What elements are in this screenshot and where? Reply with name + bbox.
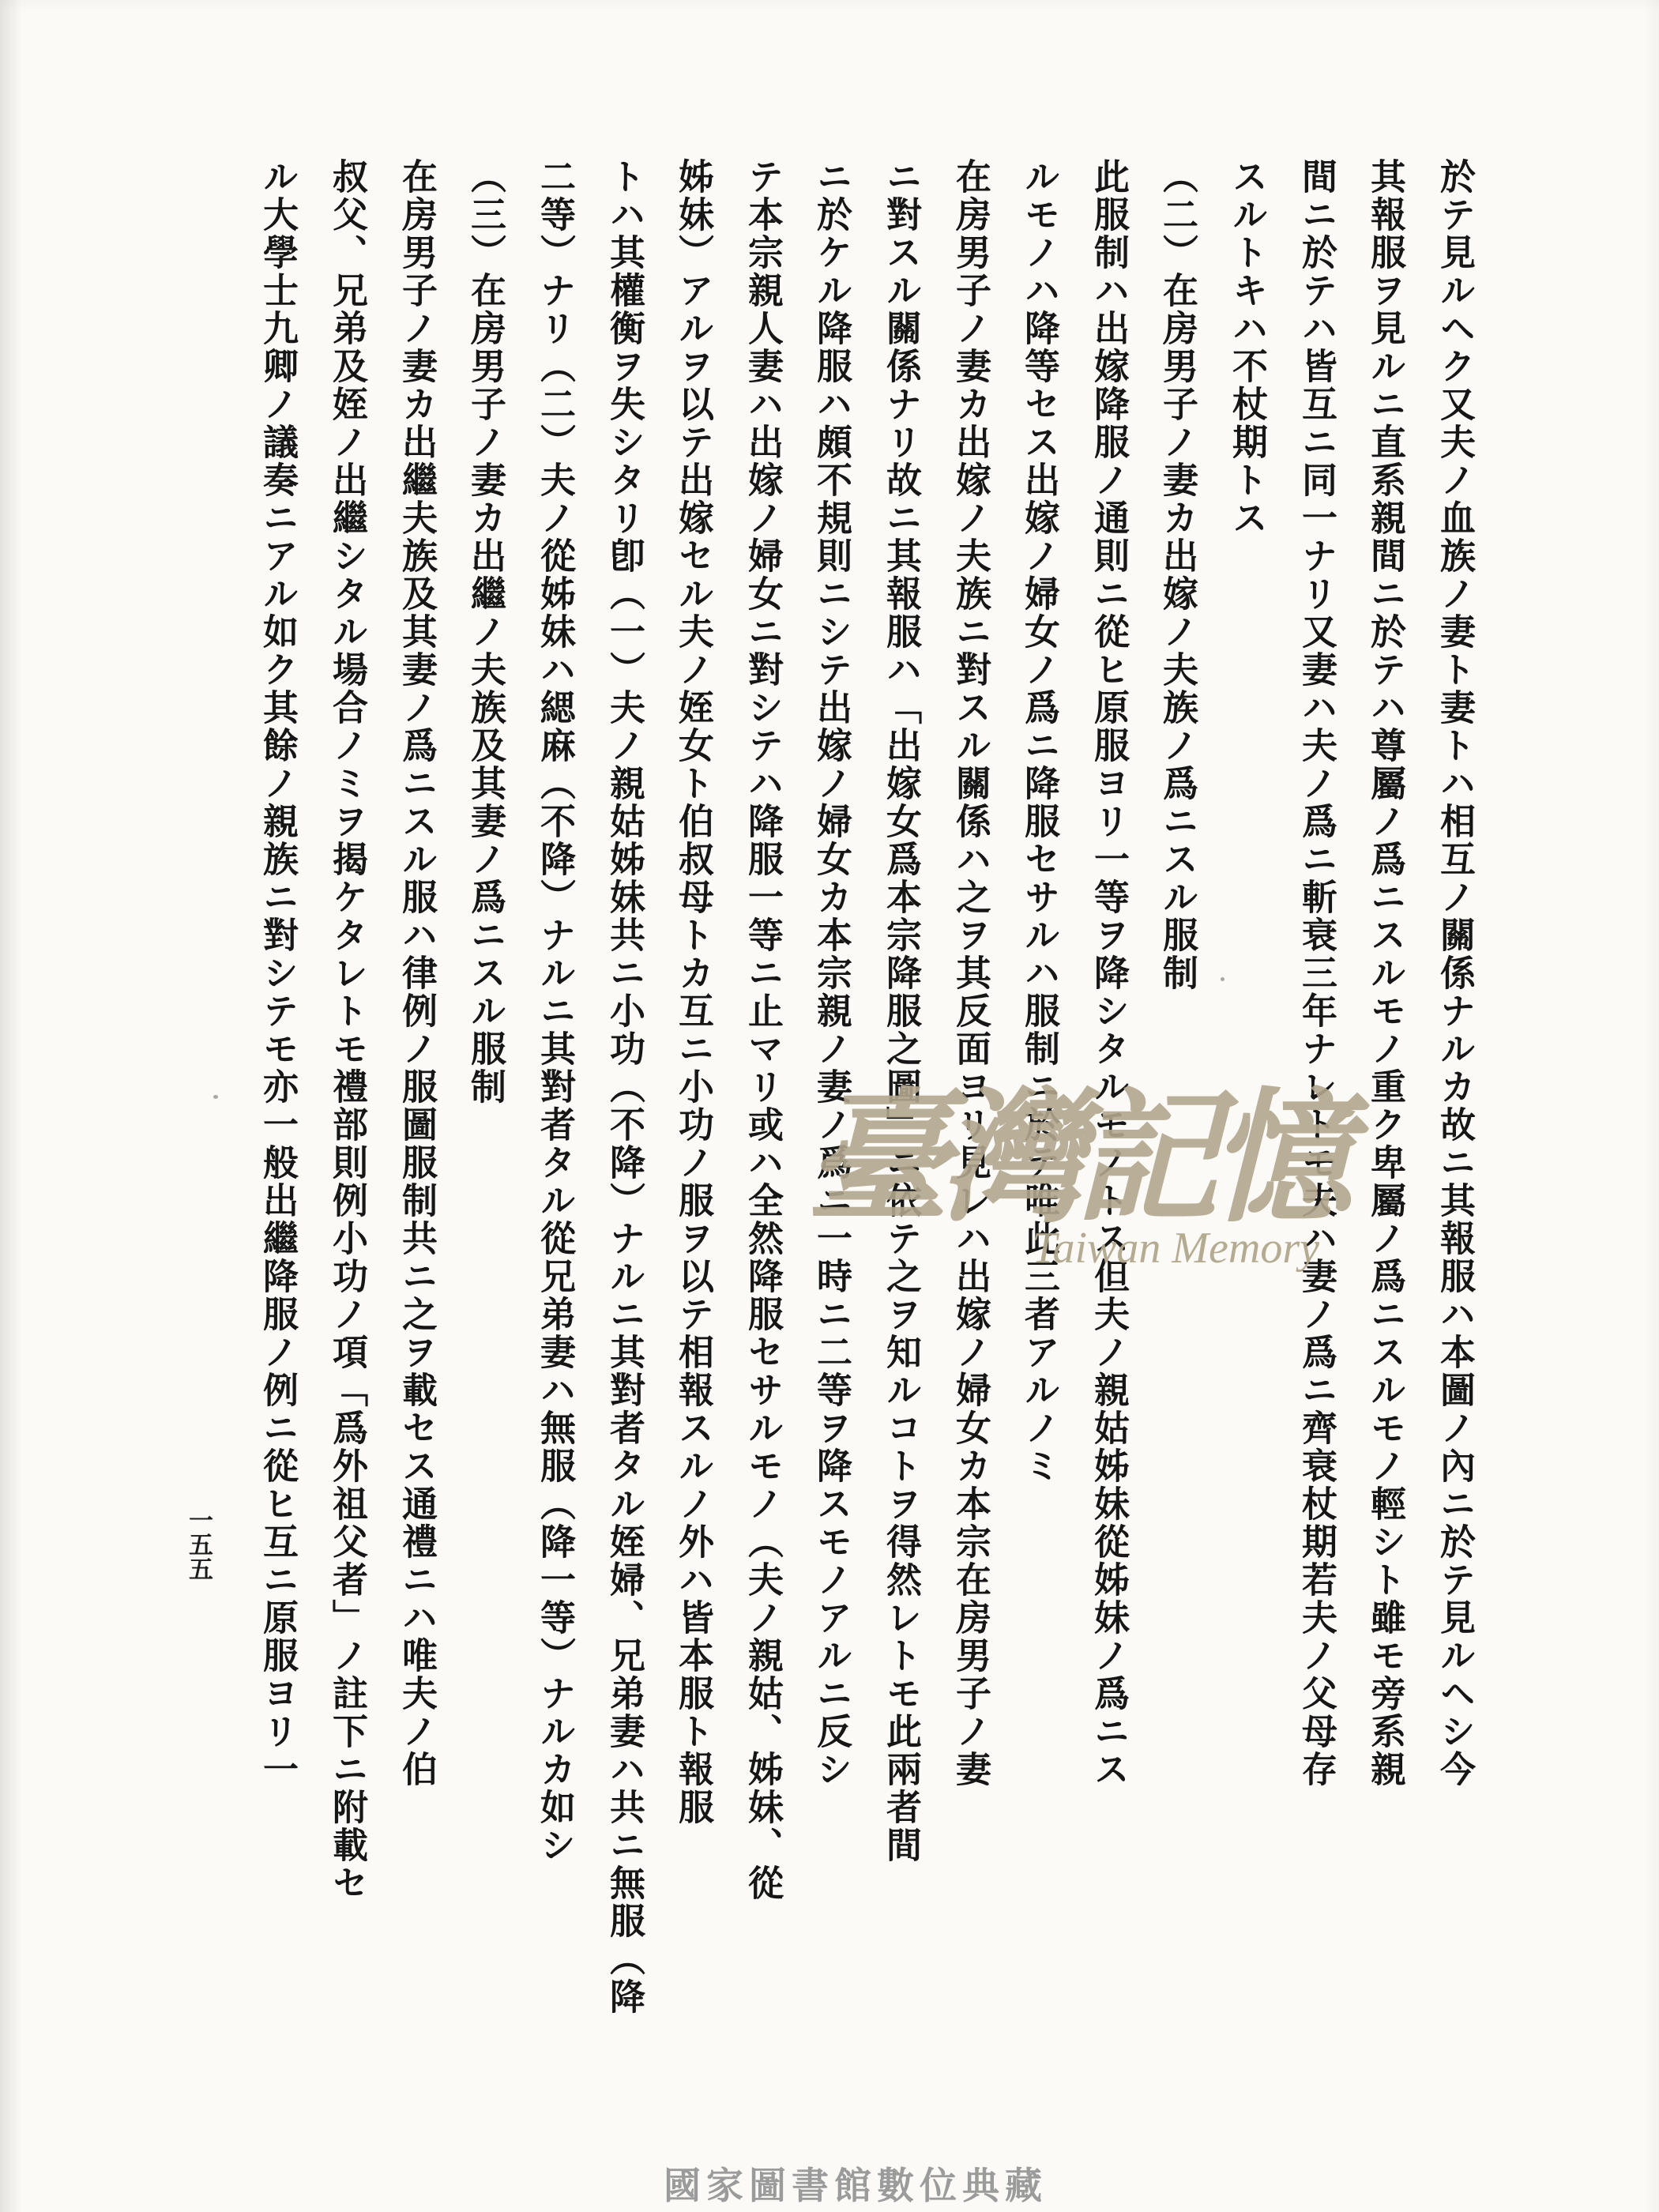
text-column-16: 在房男子ノ妻カ出繼夫族及其妻ノ爲ニスル服ハ律例ノ服圖服制共ニ之ヲ載セス通禮ニハ唯… (397, 158, 436, 1864)
text-column-7: ルモノハ降等セス出嫁ノ婦女ノ爲ニ降服セサルハ服制ニ於テ唯此三者アルノミ (1019, 158, 1059, 1864)
text-column-1: 於テ見ルヘク又夫ノ血族ノ妻ト妻トハ相互ノ關係ナルカ故ニ其報服ハ本圖ノ內ニ於テ見ル… (1435, 158, 1474, 1864)
text-column-12: 姊妹︶アルヲ以テ出嫁セル夫ノ姪女ト伯叔母トカ互ニ小功ノ服ヲ以テ相報スルノ外ハ皆本… (673, 158, 713, 1864)
text-column-14: 二等︶ナリ︵二︶夫ノ從姊妹ハ緦麻︵不降︶ナルニ其對者タル從兄弟妻ハ無服︵降一等︶… (535, 158, 574, 1864)
text-column-6: 此服制ハ出嫁降服ノ通則ニ從ヒ原服ヨリ一等ヲ降シタルモノトス但夫ノ親姑姊妹從姊妹ノ… (1089, 158, 1128, 1864)
text-column-18: ル大學士九卿ノ議奏ニアル如ク其餘ノ親族ニ對シテモ亦一般出繼降服ノ例ニ從ヒ互ニ原服… (258, 158, 297, 1864)
page-number: 一五五 (180, 1507, 216, 1602)
text-column-15: ︵三︶在房男子ノ妻カ出繼ノ夫族及其妻ノ爲ニスル服制 (465, 158, 505, 1864)
text-column-11: テ本宗親人妻ハ出嫁ノ婦女ニ對シテハ降服一等ニ止マリ或ハ全然降服セサルモノ︵夫ノ親… (743, 158, 782, 1864)
text-column-9: ニ對スル關係ナリ故ニ其報服ハ﹁出嫁女爲本宗降服之圖﹂ニ依テ之ヲ知ルコトヲ得然レト… (881, 158, 920, 1864)
text-column-8: 在房男子ノ妻カ出嫁ノ夫族ニ對スル關係ハ之ヲ其反面ヨリ見レハ出嫁ノ婦女カ本宗在房男… (950, 158, 990, 1864)
text-column-4: スルトキハ不杖期トス (1227, 158, 1266, 1864)
text-column-5: ︵二︶在房男子ノ妻カ出嫁ノ夫族ノ爲ニスル服制 (1157, 158, 1197, 1864)
text-column-17: 叔父、兄弟及姪ノ出繼シタル場合ノミヲ揭ケタレトモ禮部則例小功ノ項﹁爲外祖父者﹂ノ… (327, 158, 367, 1864)
ink-speck (213, 1095, 218, 1099)
scanned-page: 於テ見ルヘク又夫ノ血族ノ妻ト妻トハ相互ノ關係ナルカ故ニ其報服ハ本圖ノ內ニ於テ見ル… (0, 0, 1659, 2212)
ink-speck (1221, 977, 1224, 981)
text-column-13: トハ其權衡ヲ失シタリ卽︵一︶夫ノ親姑姊妹共ニ小功︵不降︶ナルニ其對者タル姪婦、兄… (604, 158, 644, 1864)
text-column-3: 間ニ於テハ皆互ニ同一ナリ又妻ハ夫ノ爲ニ斬衰三年ナレトモ夫ハ妻ノ爲ニ齊衰杖期若夫ノ… (1296, 158, 1336, 1864)
text-column-10: ニ於ケル降服ハ頗不規則ニシテ出嫁ノ婦女カ本宗親ノ妻ノ爲ニ一時ニ二等ヲ降スモノアル… (811, 158, 851, 1864)
archive-footer: 國家圖書館數位典藏 (664, 2157, 1048, 2210)
text-column-2: 其報服ヲ見ルニ直系親間ニ於テハ尊屬ノ爲ニスルモノ重ク卑屬ノ爲ニスルモノ輕シト雖モ… (1365, 158, 1405, 1864)
